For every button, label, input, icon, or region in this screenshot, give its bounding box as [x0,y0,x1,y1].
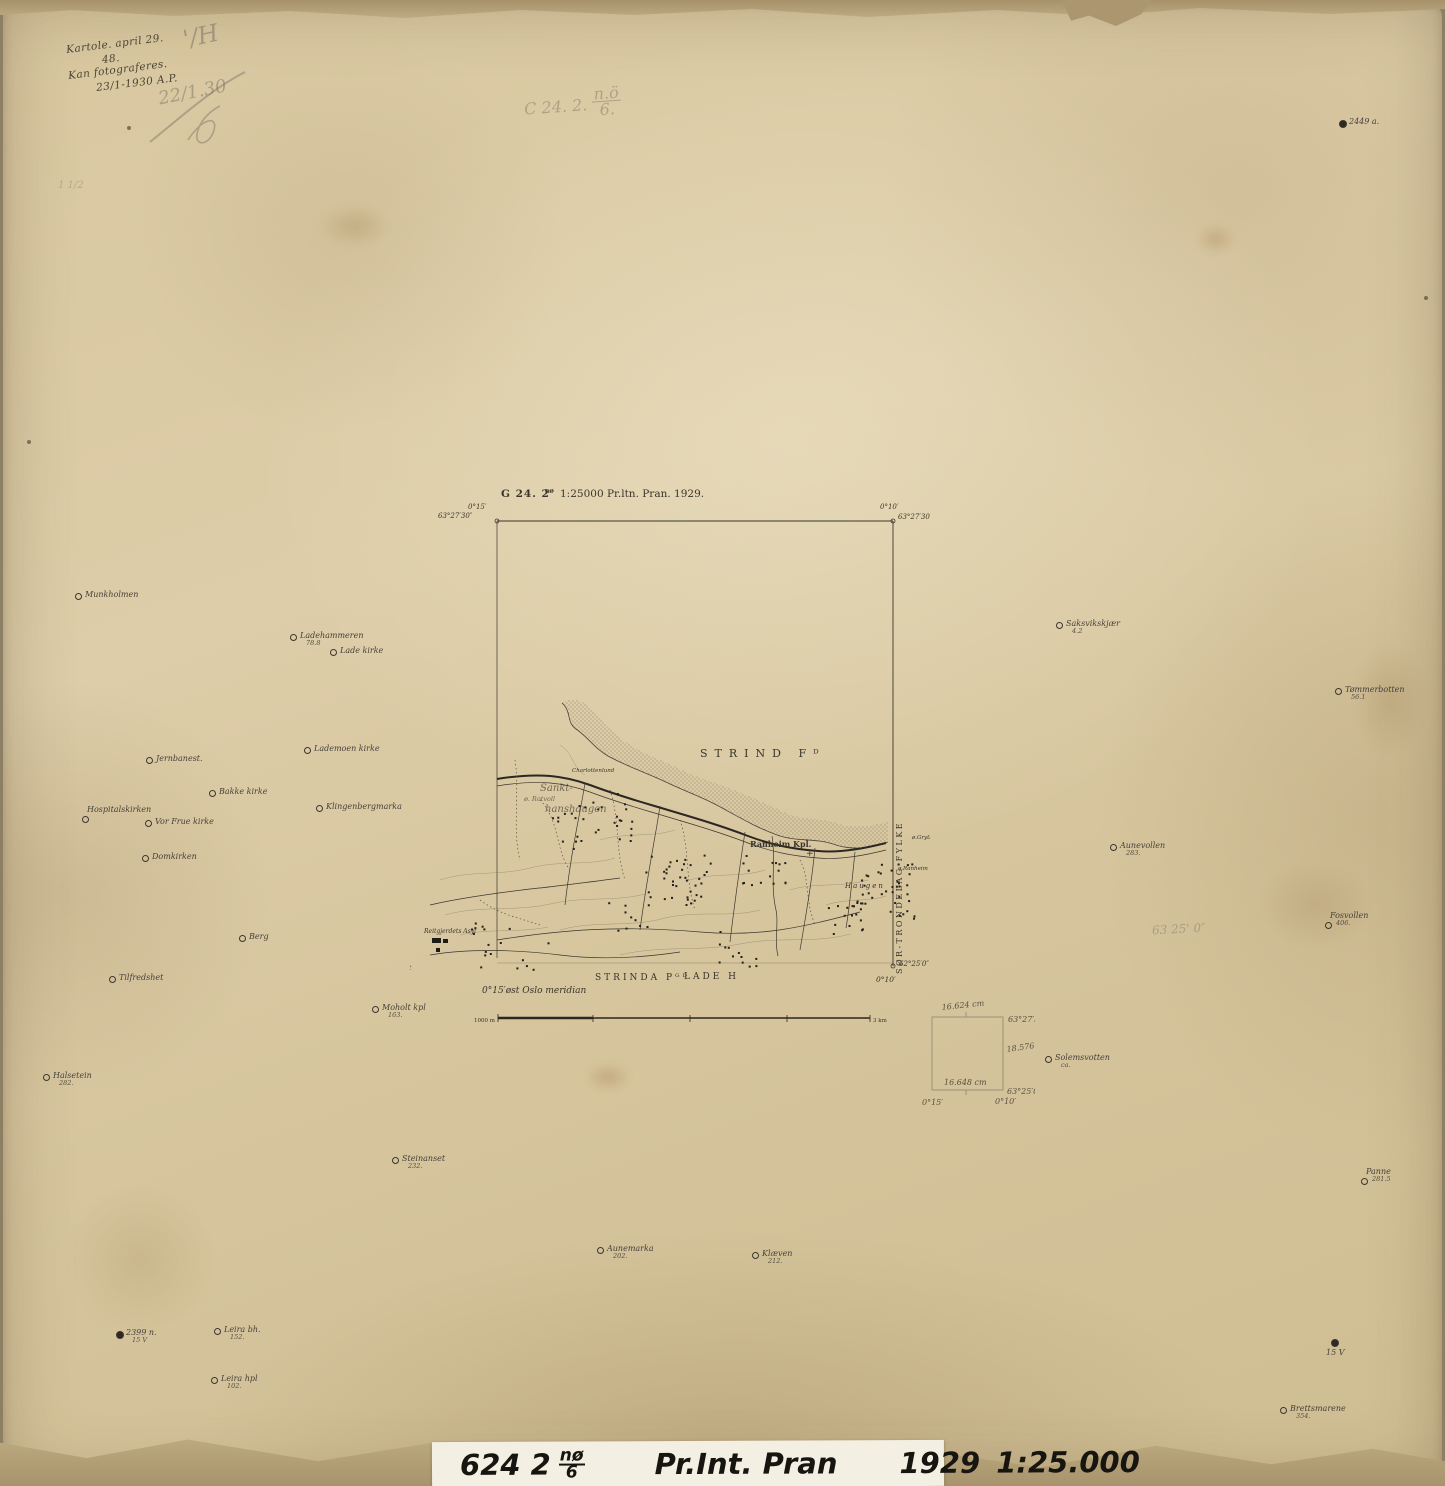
point-elevation: 406. [1336,919,1350,927]
label-strind-fjord: STRIND Fᴰ [700,747,826,760]
point-elevation: 281.5 [1372,1175,1391,1183]
point-name: Vor Frue kirke [155,817,214,826]
label-map-name: Pr.Int. Pran [655,1446,838,1481]
pencil-place-names: Sankt- ø. Rotvoll hanshaugen [523,783,607,815]
label-reitgjerdet: Reitgjerdet [410,965,412,972]
point-marker-icon [239,935,246,942]
asylum-building-symbol [432,938,448,952]
catalog-label-strip: 624 2 nø6 Pr.Int. Pran 1929 1:25.000 [432,1440,944,1486]
point-name: Jernbanest. [156,754,203,763]
map-detail: G 24. 2 nø 1:25000 Pr.ltn. Pran. 1929. 0… [410,478,930,1038]
label-asyl: Reitgjerdets Asyl [423,928,476,935]
corner-top-right-lon: 0°10′ [880,503,899,511]
point-name: Munkholmen [85,590,138,599]
point-marker-icon [316,805,323,812]
point-marker-icon [75,593,82,600]
point-elevation: 212. [768,1257,782,1265]
point-marker-icon [304,747,311,754]
pencil-sheet-fraction: n.ö6. [591,85,622,118]
point-elevation: 354. [1296,1412,1310,1420]
point-marker-icon [109,976,116,983]
diagram-bottom-measure: 16.648 cm [944,1078,987,1087]
point-elevation: 152. [230,1333,244,1341]
label-sheet-fraction: nø6 [559,1448,585,1481]
point-elevation: 283. [1126,849,1140,857]
map-neatline [497,521,893,966]
point-elevation: ca. [1061,1061,1071,1069]
paper-stain [1196,224,1236,254]
label-strinda: STRINDA Pᴳᴰ [595,973,690,983]
label-ranheim-kpl: Ranheim Kpl. [750,839,812,849]
point-marker-icon [1280,1407,1287,1414]
scale-bar: 1000 m 3 km [474,1014,888,1024]
point-marker-icon [211,1377,218,1384]
point-marker-icon [209,790,216,797]
pencil-fraction-mark: 1 1/2 [58,180,84,191]
pencil-reduction-diagram: 16.624 cm 63°27′30 18.576 cm 16.648 cm 6… [905,995,1035,1115]
pencil-label-rotvoll: ø. Rotvoll [523,795,555,803]
point-elevation: 56.1 [1351,693,1365,701]
point-name: Bakke kirke [219,787,267,796]
corner-bottom-right-lon: 0°10′ [876,975,896,984]
point-marker-icon [214,1328,221,1335]
point-marker-icon [1325,922,1332,929]
label-year: 1929 [899,1446,980,1480]
point-marker-icon [597,1247,604,1254]
pencil-label-hanshaugen: hanshaugen [545,804,607,815]
label-fylke-boundary: SØR-TRONDELAG FYLKE [895,821,904,974]
corner-top-right-lat: 63°27′30″ [898,513,930,521]
point-elevation: 4.2 [1072,627,1082,635]
point-name: 15 V [1326,1348,1345,1357]
scale-bar-right-label: 3 km [873,1018,888,1024]
label-haugen: Haugen [844,882,885,890]
point-name: Domkirken [152,852,197,861]
point-marker-icon [1045,1056,1052,1063]
point-name: Klingenbergmarka [326,802,402,811]
point-name: Tilfredshet [119,973,163,982]
corner-top-left-lat: 63°27′30″ [438,512,473,520]
point-marker-icon [1361,1178,1368,1185]
pencil-sheet-designation: C 24. 2. n.ö6. [523,85,622,123]
pinhole [1424,296,1428,300]
road-network [430,783,860,958]
pinhole [27,440,31,444]
point-elevation: 78.8 [306,639,320,647]
point-marker-icon [116,1331,124,1339]
point-marker-icon [1110,844,1117,851]
label-grytbakk: ø.Grytbakk [911,835,930,841]
point-elevation: 282. [59,1079,73,1087]
point-marker-icon [1056,622,1063,629]
map-title-fraction: nø [545,487,554,495]
diagram-bottom-right-lat: 63°25′0 [1007,1087,1035,1096]
point-name: Hospitalskirken [87,805,151,814]
point-name: Lade kirke [340,646,383,655]
pencil-coordinate-note: 63 25' 0″ [1152,921,1206,938]
point-marker-icon [392,1157,399,1164]
point-marker-icon [146,757,153,764]
paper-stain [585,1062,631,1092]
pinhole [127,126,131,130]
point-elevation: 163. [388,1011,402,1019]
map-title-left: G 24. 2 [501,488,550,500]
pencil-flourish [140,60,260,160]
diagram-lon-right: 0°10′ [995,1097,1016,1106]
point-elevation: 232. [408,1162,422,1170]
scanned-map-sheet: { "notes": { "line1": "Kartole. april 29… [0,0,1445,1486]
point-name: 2449 a. [1349,117,1379,126]
paper-stain [320,205,390,247]
label-scale: 1:25.000 [996,1445,1140,1480]
label-charlottenlund: Charlottenlund [572,768,615,774]
pencil-label-sankt: Sankt- [540,783,573,794]
map-title-right: 1:25000 Pr.ltn. Pran. 1929. [560,488,704,500]
point-marker-icon [752,1252,759,1259]
corner-top-left-lon: 0°15′ [468,503,487,511]
label-o-ranheim: ø.Ranheim [897,866,928,872]
diagram-right-measure: 18.576 cm [1006,1039,1035,1054]
point-marker-icon [145,820,152,827]
point-name: Berg [249,932,269,941]
point-marker-icon [43,1074,50,1081]
point-elevation: 102. [227,1382,241,1390]
pencil-sheet-number: C 24. 2. [524,95,588,118]
scale-bar-left-label: 1000 m [474,1018,496,1024]
point-marker-icon [1331,1339,1339,1347]
point-name: Lademoen kirke [314,744,380,753]
label-oslo-meridian: 0°15′øst Oslo meridian [482,986,586,996]
label-sheet-number: 624 2 [460,1448,551,1482]
point-marker-icon [330,649,337,656]
paper-stain [1255,860,1375,950]
point-marker-icon [290,634,297,641]
point-elevation: 202. [613,1252,627,1260]
point-marker-icon [82,816,89,823]
point-marker-icon [142,855,149,862]
diagram-top-measure: 16.624 cm [941,999,985,1012]
diagram-top-right-lat: 63°27′30 [1008,1015,1035,1024]
paper-stain [60,1180,220,1340]
point-marker-icon [372,1006,379,1013]
point-marker-icon [1339,120,1347,128]
diagram-lon-left: 0°15′ [922,1098,943,1107]
label-lade: LADE H [684,972,739,982]
point-elevation: 15 V [132,1336,147,1344]
point-marker-icon [1335,688,1342,695]
church-cross-icon: + [806,849,814,859]
